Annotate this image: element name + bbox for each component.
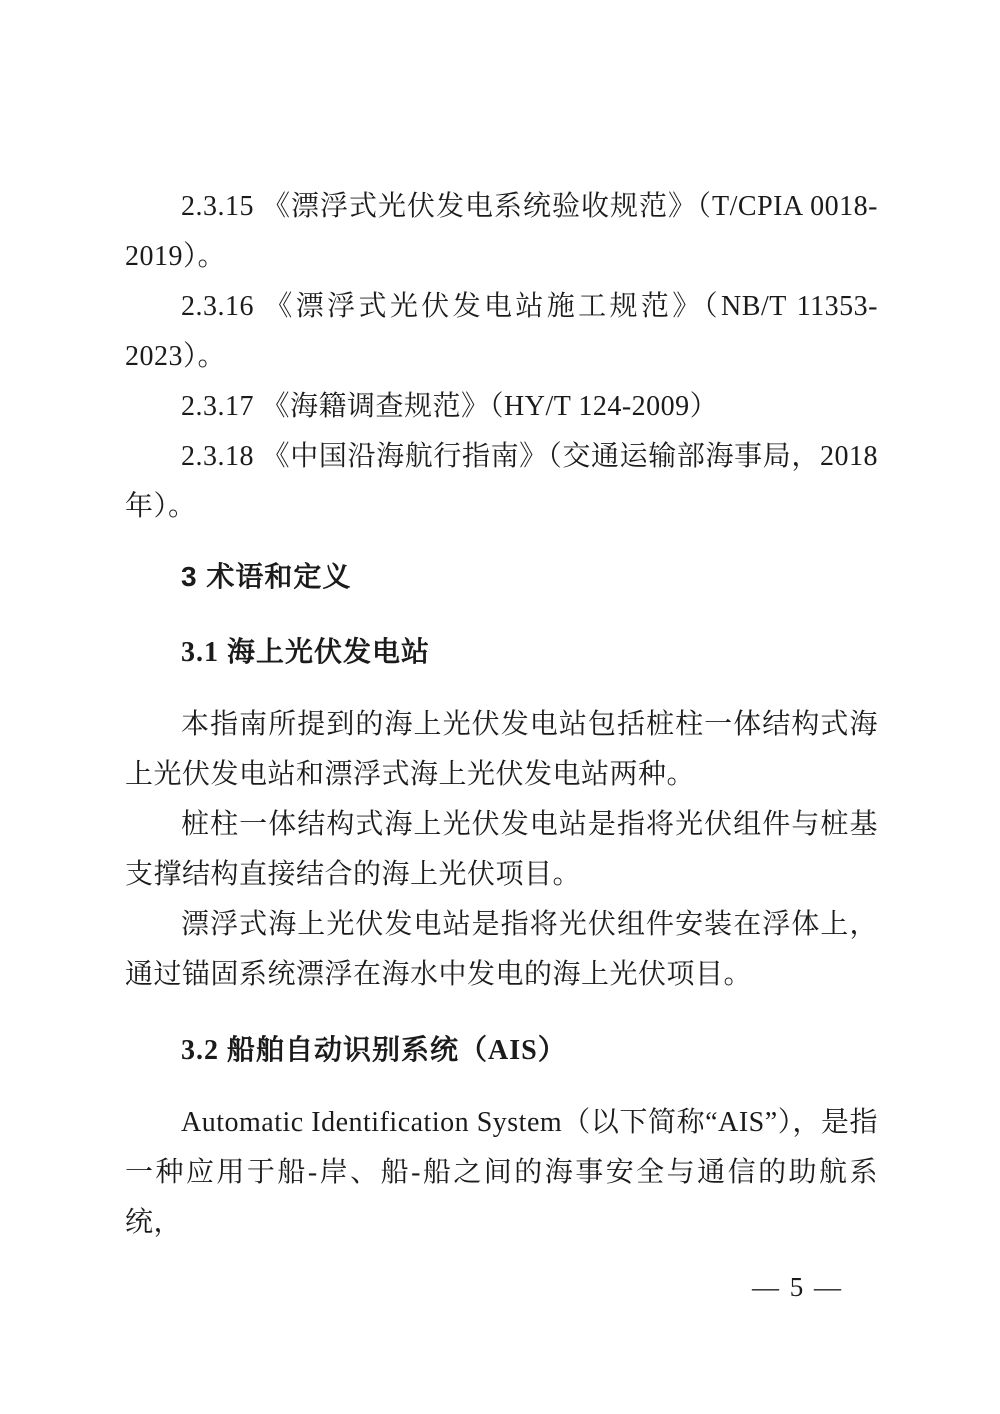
body-paragraph-pile-structure-pv: 桩柱一体结构式海上光伏发电站是指将光伏组件与桩基支撑结构直接结合的海上光伏项目。: [125, 800, 878, 900]
reference-item-2-3-18: 2.3.18 《中国沿海航行指南》（交通运输部海事局，2018年）。: [125, 432, 878, 532]
reference-item-2-3-17: 2.3.17 《海籍调查规范》（HY/T 124-2009）: [125, 382, 878, 432]
body-paragraph-definition-offshore-pv: 本指南所提到的海上光伏发电站包括桩柱一体结构式海上光伏发电站和漂浮式海上光伏发电…: [125, 700, 878, 800]
body-paragraph-floating-pv: 漂浮式海上光伏发电站是指将光伏组件安装在浮体上，通过锚固系统漂浮在海水中发电的海…: [125, 900, 878, 1000]
body-paragraph-ais-definition: Automatic Identification System（以下简称“AIS…: [125, 1098, 878, 1248]
document-page: 2.3.15 《漂浮式光伏发电系统验收规范》（T/CPIA 0018-2019）…: [0, 0, 1000, 1414]
section-heading-3-terms: 3 术语和定义: [125, 552, 878, 602]
reference-item-2-3-15: 2.3.15 《漂浮式光伏发电系统验收规范》（T/CPIA 0018-2019）…: [125, 182, 878, 282]
subsection-heading-3-1: 3.1 海上光伏发电站: [125, 628, 878, 678]
reference-item-2-3-16: 2.3.16 《漂浮式光伏发电站施工规范》（NB/T 11353-2023）。: [125, 282, 878, 382]
page-number: — 5 —: [752, 1272, 843, 1303]
document-body: 2.3.15 《漂浮式光伏发电系统验收规范》（T/CPIA 0018-2019）…: [125, 182, 878, 1248]
subsection-heading-3-2: 3.2 船舶自动识别系统（AIS）: [125, 1026, 878, 1076]
